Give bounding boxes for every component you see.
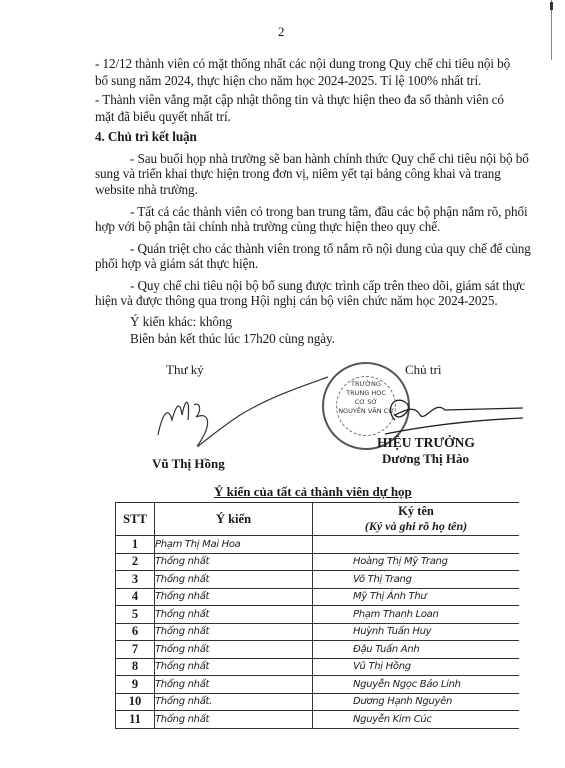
conclusion-4-line-1: - Quy chế chi tiêu nội bộ bổ sung được t… <box>130 278 525 293</box>
page-number: 2 <box>278 24 285 40</box>
table-row: 6Thống nhấtHuỳnh Tuấn Huy <box>116 623 520 641</box>
members-table-title: Ý kiến của tất cả thành viên dự họp <box>214 484 412 500</box>
paragraph-2-line-1: - Thành viên vắng mặt cập nhật thông tin… <box>95 92 504 107</box>
secretary-name: Vũ Thị Hồng <box>152 456 225 472</box>
paragraph-1-line-1: - 12/12 thành viên có mặt thống nhất các… <box>95 56 510 71</box>
row-opinion: Thống nhất <box>155 676 313 694</box>
row-stt: 3 <box>116 571 155 589</box>
table-row: 8Thống nhấtVũ Thị Hồng <box>116 658 520 676</box>
header-sign: Ký tên (Ký và ghi rõ họ tên) <box>313 503 520 536</box>
row-opinion: Thống nhất <box>155 606 313 624</box>
section-heading: 4. Chủ trì kết luận <box>95 129 197 144</box>
row-stt: 6 <box>116 623 155 641</box>
row-opinion: Thống nhất <box>155 553 313 571</box>
table-row: 4Thống nhấtMỹ Thị Ánh Thư <box>116 588 520 606</box>
row-opinion: Thống nhất <box>155 571 313 589</box>
row-stt: 10 <box>116 693 155 711</box>
row-stt: 4 <box>116 588 155 606</box>
table-row: 1Phạm Thị Mai Hoa <box>116 536 520 554</box>
table-row: 5Thống nhấtPhạm Thanh Loan <box>116 606 520 624</box>
row-stt: 8 <box>116 658 155 676</box>
table-row: 10Thống nhất.Dương Hạnh Nguyên <box>116 693 520 711</box>
row-signature: Nguyễn Kim Cúc <box>313 711 520 729</box>
row-signature: Dương Hạnh Nguyên <box>313 693 520 711</box>
row-opinion: Thống nhất <box>155 658 313 676</box>
row-opinion: Phạm Thị Mai Hoa <box>155 536 313 554</box>
table-header-row: STT Ý kiến Ký tên (Ký và ghi rõ họ tên) <box>116 503 520 536</box>
paragraph-1-line-2: bổ sung năm 2024, thực hiện cho năm học … <box>95 73 481 88</box>
row-signature: Hoàng Thị Mỹ Trang <box>313 553 520 571</box>
row-signature <box>313 536 520 554</box>
row-signature: Vũ Thị Hồng <box>313 658 520 676</box>
row-stt: 5 <box>116 606 155 624</box>
stamp-line-1: TRƯỜNG <box>324 380 408 389</box>
header-opinion: Ý kiến <box>155 503 313 536</box>
table-row: 3Thống nhấtVõ Thị Trang <box>116 571 520 589</box>
closing-statement: Biên bản kết thúc lúc 17h20 cùng ngày. <box>130 331 335 346</box>
row-opinion: Thống nhất <box>155 588 313 606</box>
table-row: 2Thống nhấtHoàng Thị Mỹ Trang <box>116 553 520 571</box>
table-row: 9Thống nhấtNguyễn Ngọc Bảo Linh <box>116 676 520 694</box>
row-opinion: Thống nhất <box>155 623 313 641</box>
row-signature: Mỹ Thị Ánh Thư <box>313 588 520 606</box>
conclusion-4-line-2: hiện và được thông qua trong Hội nghị cá… <box>95 293 498 308</box>
row-stt: 1 <box>116 536 155 554</box>
conclusion-2-line-1: - Tất cả các thành viên có trong ban tru… <box>130 204 528 219</box>
row-signature: Nguyễn Ngọc Bảo Linh <box>313 676 520 694</box>
conclusion-2-line-2: hợp với bộ phận tài chính nhà trường cùn… <box>95 219 440 234</box>
secretary-signature <box>150 375 330 455</box>
chair-name: Dương Thị Hào <box>382 451 469 467</box>
conclusion-3-line-1: - Quán triệt cho các thành viên trong tổ… <box>130 241 531 256</box>
row-stt: 2 <box>116 553 155 571</box>
row-opinion: Thống nhất. <box>155 693 313 711</box>
chair-signature <box>375 390 525 440</box>
chair-title: Chủ trì <box>405 362 441 378</box>
row-signature: Võ Thị Trang <box>313 571 520 589</box>
table-row: 11Thống nhấtNguyễn Kim Cúc <box>116 711 520 729</box>
chair-position: HIỆU TRƯỞNG <box>377 435 475 451</box>
conclusion-1-line-2: sung và triển khai thực hiện trong đơn v… <box>95 166 501 181</box>
header-sign-note: (Ký và ghi rõ họ tên) <box>313 519 519 534</box>
table-row: 7Thống nhấtĐậu Tuấn Anh <box>116 641 520 659</box>
members-table: STT Ý kiến Ký tên (Ký và ghi rõ họ tên) … <box>115 502 519 729</box>
other-opinions: Ý kiến khác: không <box>130 314 232 329</box>
row-stt: 7 <box>116 641 155 659</box>
row-signature: Phạm Thanh Loan <box>313 606 520 624</box>
row-stt: 9 <box>116 676 155 694</box>
header-stt: STT <box>116 503 155 536</box>
paragraph-2-line-2: mặt đã biểu quyết nhất trí. <box>95 109 231 124</box>
scan-edge-mark <box>550 2 553 10</box>
row-opinion: Thống nhất <box>155 641 313 659</box>
header-sign-label: Ký tên <box>313 504 519 519</box>
row-opinion: Thống nhất <box>155 711 313 729</box>
row-signature: Huỳnh Tuấn Huy <box>313 623 520 641</box>
row-stt: 11 <box>116 711 155 729</box>
conclusion-1-line-1: - Sau buổi họp nhà trường sẽ ban hành ch… <box>130 151 529 166</box>
row-signature: Đậu Tuấn Anh <box>313 641 520 659</box>
conclusion-3-line-2: phối hợp và giám sát thực hiện. <box>95 256 258 271</box>
conclusion-1-line-3: website nhà trường. <box>95 182 198 197</box>
